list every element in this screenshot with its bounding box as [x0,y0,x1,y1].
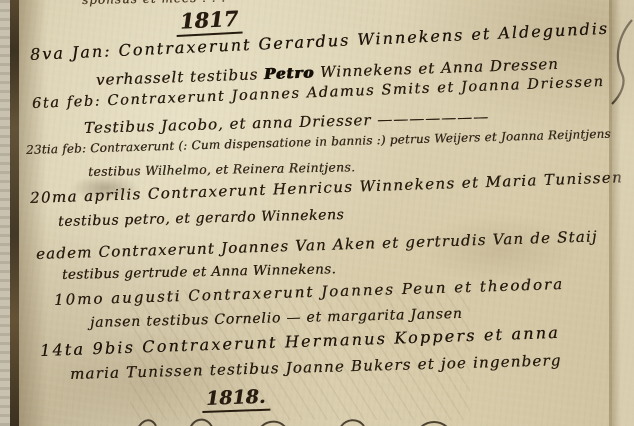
entry-text: verhasselt testibus [96,65,265,89]
register-entry-line: testibus petro, et gerardo Winnekens [58,207,345,230]
register-page-scan: sponsus et mees . . . 1817 8va Jan: Cont… [0,0,634,426]
page-curve-shadow [19,0,47,426]
year-heading-1818: 1818. [202,386,270,413]
page-fold-line [609,0,612,426]
year-heading-1817: 1817 [175,6,243,37]
register-entry-line: testibus gertrude et Anna Winnekens. [62,261,337,283]
right-page-sliver [612,0,634,426]
binding-gutter [10,0,19,426]
entry-text-blotted: Petro [264,63,315,83]
clipped-next-line-strokes [130,416,490,426]
register-entry-line: testibus Wilhelmo, et Reinera Reintjens. [88,159,356,179]
register-entry-line: eadem Contraxerunt Joannes Van Aken et g… [36,227,598,263]
previous-page-strip [0,0,11,426]
clipped-previous-line: sponsus et mees . . . [82,0,226,7]
